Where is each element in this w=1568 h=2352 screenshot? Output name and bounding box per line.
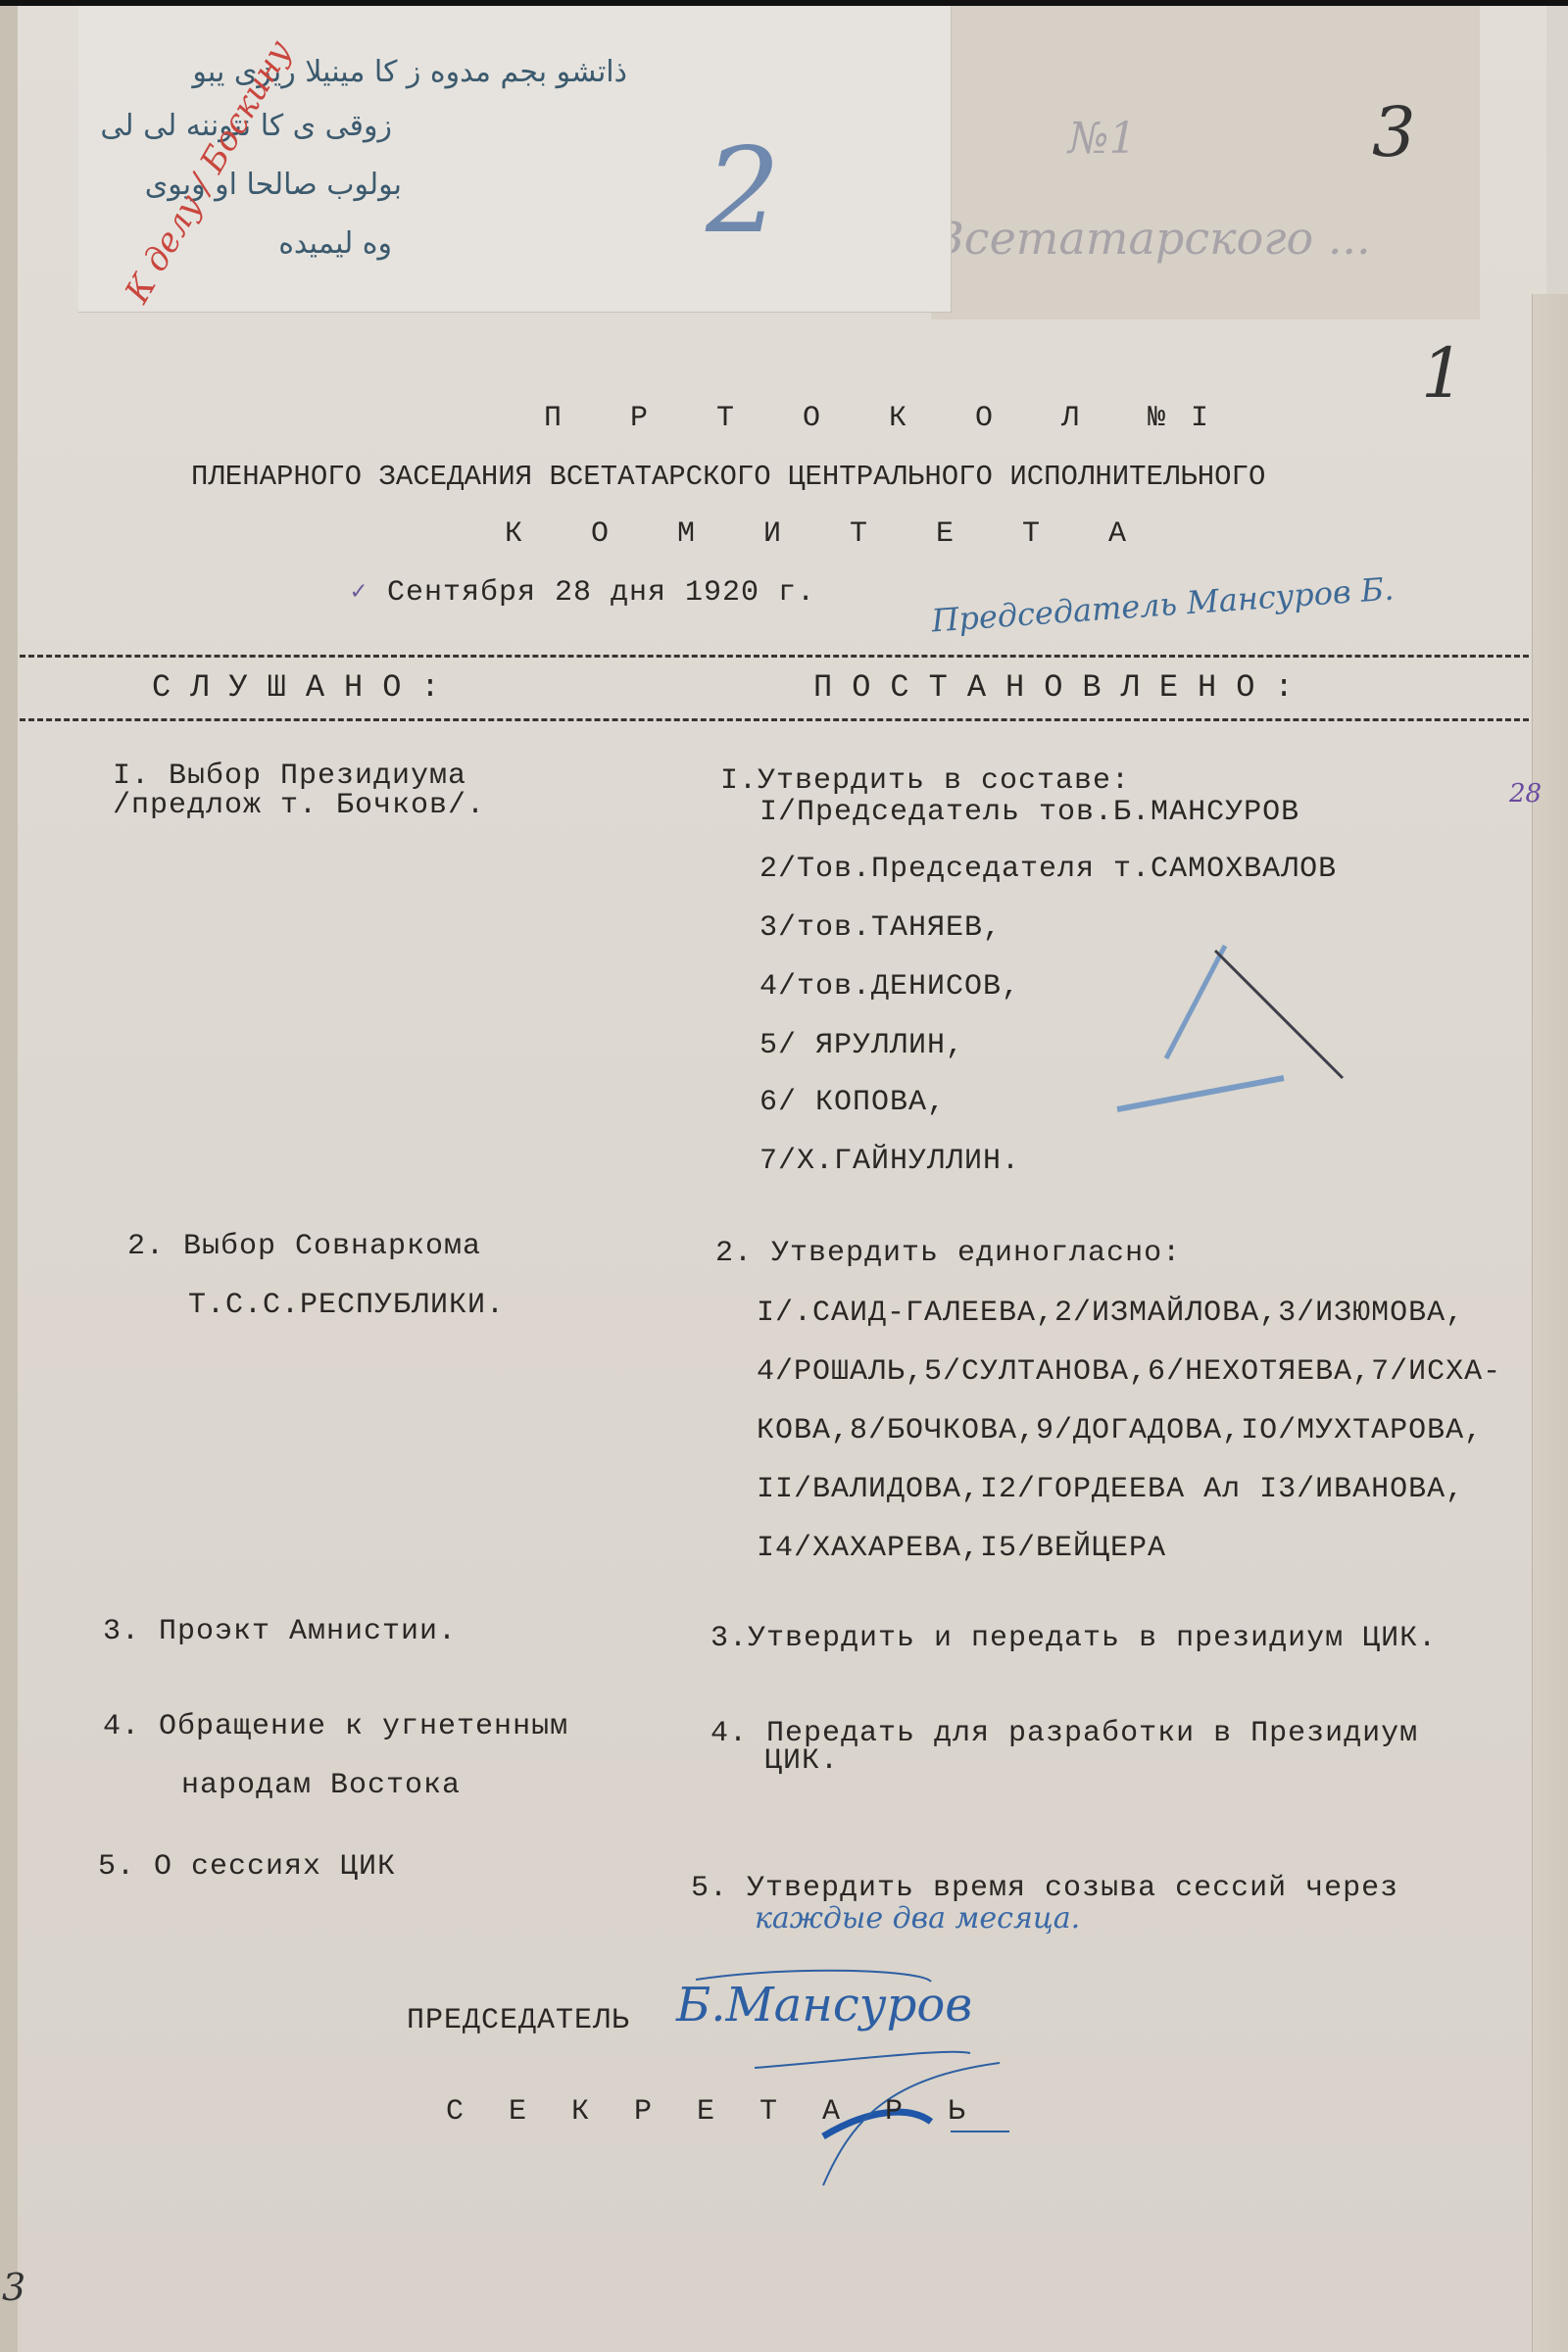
pencil-cross-mark-icon bbox=[1107, 941, 1352, 1117]
attached-slip-back: №1 Всетатарского ... 3 bbox=[931, 6, 1480, 319]
heard-item-5-line-1: 5. О сессиях ЦИК bbox=[98, 1850, 396, 1884]
column-header-heard: СЛУШАНО: bbox=[152, 669, 460, 706]
dashed-rule-bottom bbox=[20, 718, 1529, 721]
adjacent-page-edge bbox=[1532, 294, 1568, 2352]
chair-label: ПРЕДСЕДАТЕЛЬ bbox=[407, 2004, 630, 2037]
resolved-item-1-entry: 7/Х.ГАЙНУЛЛИН. bbox=[759, 1145, 1020, 1178]
sheet-number: 3 bbox=[1372, 92, 1416, 172]
pencil-number-mark: №1 bbox=[1068, 114, 1137, 164]
resolved-item-3-intro: 3.Утвердить и передать в президиум ЦИК. bbox=[710, 1622, 1437, 1655]
arabic-note-line-4: وه لیمیده bbox=[196, 226, 392, 261]
protocol-subtitle: ПЛЕНАРНОГО ЗАСЕДАНИЯ ВСЕТАТАРСКОГО ЦЕНТР… bbox=[191, 461, 1265, 493]
heard-item-1-line-2: /предлож т. Бочков/. bbox=[113, 789, 485, 822]
handwritten-addition: каждые два месяца. bbox=[755, 1901, 1080, 1935]
protocol-subtitle-committee: К О М И Т Е Т А bbox=[505, 517, 1151, 551]
heard-item-4-line-1: 4. Обращение к угнетенным bbox=[103, 1710, 568, 1743]
heard-item-1-line-1: I. Выбор Президиума bbox=[113, 759, 466, 793]
resolved-item-1-entry: I/Председатель тов.Б.МАНСУРОВ bbox=[759, 796, 1299, 829]
pencil-faint-text: Всетатарского ... bbox=[931, 212, 1371, 265]
resolved-item-1-entry: 2/Тов.Председателя т.САМОХВАЛОВ bbox=[759, 853, 1337, 886]
resolved-item-1-entry: 4/тов.ДЕНИСОВ, bbox=[759, 970, 1020, 1004]
resolved-item-1-intro: I.Утвердить в составе: bbox=[720, 764, 1130, 798]
resolved-item-2-entry: I4/ХАХАРЕВА,I5/ВЕЙЦЕРА bbox=[757, 1532, 1166, 1565]
resolved-item-2-intro: 2. Утвердить единогласно: bbox=[715, 1237, 1181, 1270]
arabic-note-line-3: بولوب صالحا او ویوی bbox=[78, 168, 402, 202]
resolved-item-1-entry: 3/тов.ТАНЯЕВ, bbox=[759, 911, 1002, 945]
column-header-resolved: ПОСТАНОВЛЕНО: bbox=[813, 669, 1313, 706]
dashed-rule-top bbox=[20, 655, 1529, 658]
paper-left-edge bbox=[0, 0, 18, 2352]
heard-item-4-line-2: народам Востока bbox=[181, 1769, 461, 1802]
attached-note-slip: ذاتشو بجم مدوه ز کا مینیلا ریزی یبو زوقی… bbox=[78, 6, 952, 313]
protocol-title: П Р Т О К О Л №I bbox=[544, 402, 1234, 435]
resolved-item-2-entry: 4/РОШАЛЬ,5/СУЛТАНОВА,6/НЕХОТЯЕВА,7/ИСХА- bbox=[757, 1355, 1501, 1389]
resolved-item-1-entry: 5/ ЯРУЛЛИН, bbox=[759, 1029, 964, 1062]
resolved-item-2-entry: КОВА,8/БОЧКОВА,9/ДОГАДОВА,IO/МУХТАРОВА, bbox=[757, 1414, 1483, 1447]
blue-pencil-number: 2 bbox=[706, 123, 780, 260]
resolved-item-1-entry: 6/ КОПОВА, bbox=[759, 1086, 946, 1119]
secretary-label: С Е К Р Е Т А Р Ь bbox=[446, 2095, 979, 2129]
heard-item-3-line-1: 3. Проэкт Амнистии. bbox=[103, 1615, 457, 1648]
resolved-item-4-entry: ЦИК. bbox=[764, 1744, 839, 1778]
heard-item-2-line-1: 2. Выбор Совнаркома bbox=[127, 1230, 481, 1263]
arabic-note-line-1: ذاتشو بجم مدوه ز کا مینیلا ریزی یبو bbox=[78, 55, 627, 89]
meeting-date: Сентября 28 дня 1920 г. bbox=[387, 576, 815, 610]
corner-mark: 3 bbox=[2, 2266, 25, 2309]
resolved-item-2-entry: I/.САИД-ГАЛЕЕВА,2/ИЗМАЙЛОВА,3/ИЗЮМОВА, bbox=[757, 1297, 1464, 1330]
resolved-item-5-intro: 5. Утвердить время созыва сессий через bbox=[691, 1872, 1398, 1905]
page-number-mark: 1 bbox=[1421, 333, 1465, 414]
check-mark-icon: ✓ bbox=[351, 576, 367, 607]
margin-note: 28 bbox=[1509, 779, 1542, 808]
resolved-item-2-entry: II/ВАЛИДОВА,I2/ГОРДЕЕВА Ал I3/ИВАНОВА, bbox=[757, 1473, 1464, 1506]
heard-item-2-line-2: Т.С.С.РЕСПУБЛИКИ. bbox=[188, 1289, 505, 1322]
signature-flourish-icon bbox=[676, 1960, 1068, 2195]
